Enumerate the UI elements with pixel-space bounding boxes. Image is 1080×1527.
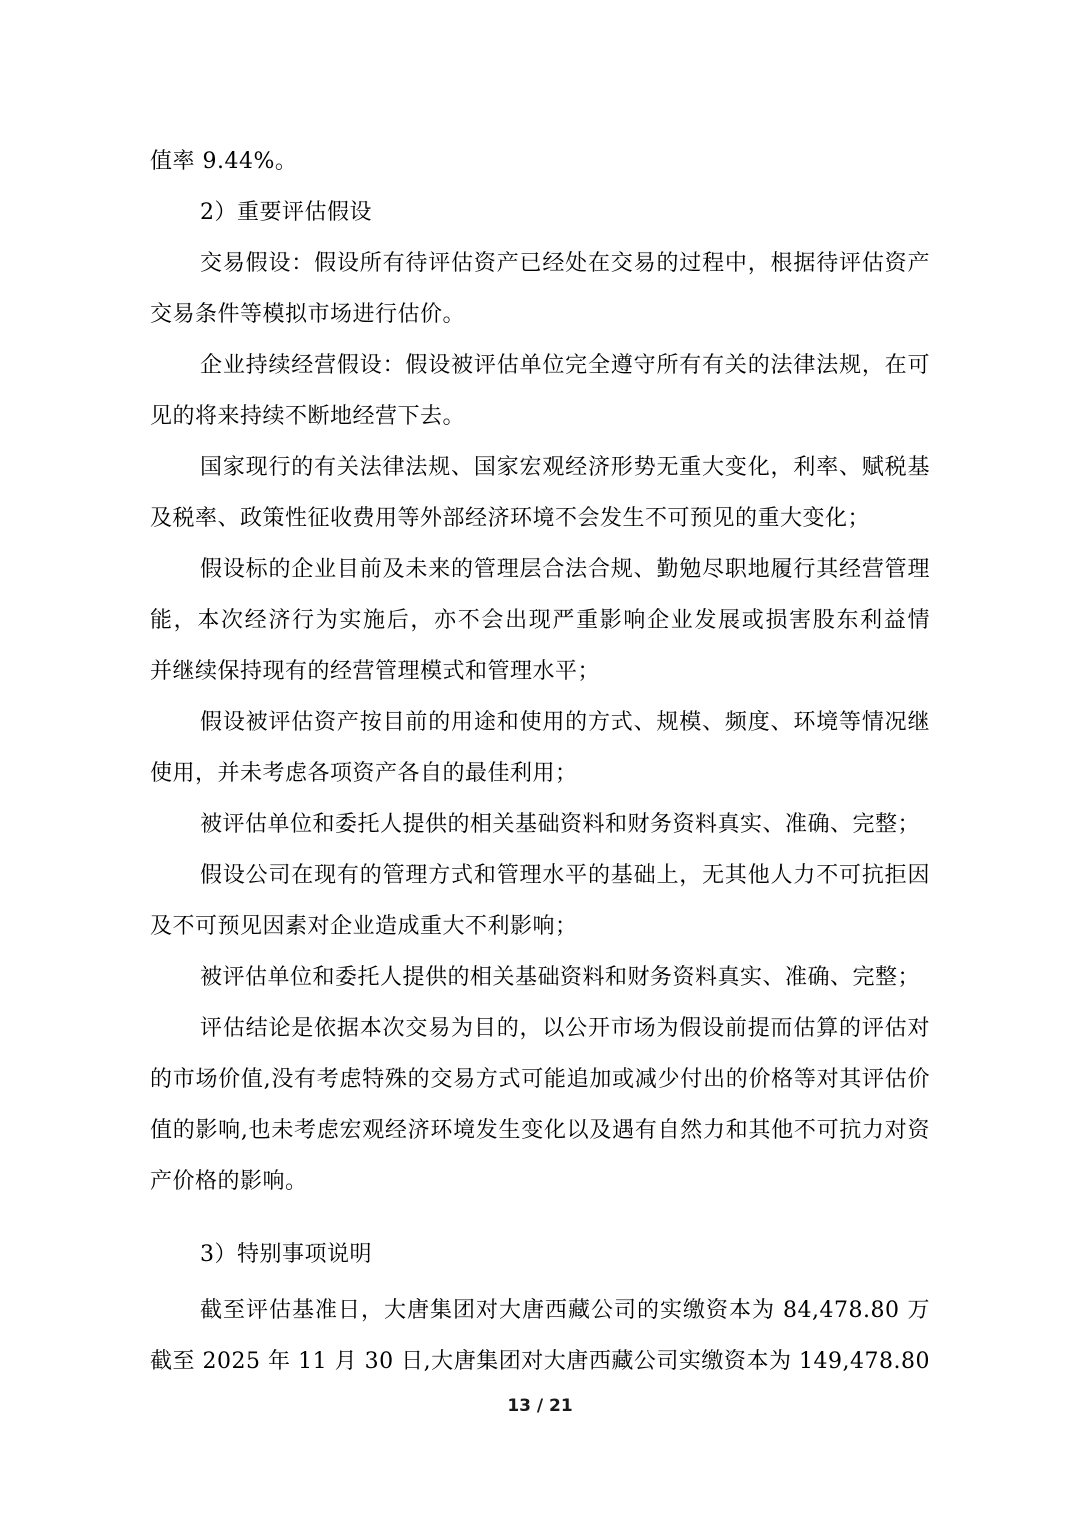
doc-line: 交易条件等模拟市场进行估价。 [150, 289, 930, 340]
document-body: 值率 9.44%。 2）重要评估假设 交易假设：假设所有待评估资产已经处在交易的… [0, 0, 1080, 1387]
section-heading-2: 2）重要评估假设 [150, 187, 930, 238]
doc-line: 假设公司在现有的管理方式和管理水平的基础上，无其他人力不可抗拒因素 [150, 850, 930, 901]
doc-line: 见的将来持续不断地经营下去。 [150, 391, 930, 442]
doc-line: 并继续保持现有的经营管理模式和管理水平； [150, 646, 930, 697]
doc-line: 截至评估基准日，大唐集团对大唐西藏公司的实缴资本为 84,478.80 万元， [150, 1285, 930, 1336]
doc-line: 值率 9.44%。 [150, 136, 930, 187]
doc-line: 国家现行的有关法律法规、国家宏观经济形势无重大变化，利率、赋税基准 [150, 442, 930, 493]
doc-line: 假设标的企业目前及未来的管理层合法合规、勤勉尽职地履行其经营管理职 [150, 544, 930, 595]
doc-line: 评估结论是依据本次交易为目的，以公开市场为假设前提而估算的评估对象 [150, 1003, 930, 1054]
page-number: 13 / 21 [0, 1396, 1080, 1416]
doc-line: 的市场价值,没有考虑特殊的交易方式可能追加或减少付出的价格等对其评估价 [150, 1054, 930, 1105]
doc-line: 能，本次经济行为实施后，亦不会出现严重影响企业发展或损害股东利益情形， [150, 595, 930, 646]
doc-line: 值的影响,也未考虑宏观经济环境发生变化以及遇有自然力和其他不可抗力对资 [150, 1105, 930, 1156]
doc-line: 产价格的影响。 [150, 1156, 930, 1207]
section-heading-3: 3）特别事项说明 [150, 1229, 930, 1280]
doc-line: 使用，并未考虑各项资产各自的最佳利用； [150, 748, 930, 799]
doc-line: 假设被评估资产按目前的用途和使用的方式、规模、频度、环境等情况继续 [150, 697, 930, 748]
doc-line: 及不可预见因素对企业造成重大不利影响； [150, 901, 930, 952]
document-page: 值率 9.44%。 2）重要评估假设 交易假设：假设所有待评估资产已经处在交易的… [0, 0, 1080, 1527]
doc-line: 截至 2025 年 11 月 30 日,大唐集团对大唐西藏公司实缴资本为 149… [150, 1336, 930, 1387]
doc-line: 被评估单位和委托人提供的相关基础资料和财务资料真实、准确、完整； [150, 799, 930, 850]
doc-line: 企业持续经营假设：假设被评估单位完全遵守所有有关的法律法规，在可预 [150, 340, 930, 391]
doc-line: 及税率、政策性征收费用等外部经济环境不会发生不可预见的重大变化； [150, 493, 930, 544]
doc-line: 被评估单位和委托人提供的相关基础资料和财务资料真实、准确、完整； [150, 952, 930, 1003]
doc-line: 交易假设：假设所有待评估资产已经处在交易的过程中，根据待评估资产的 [150, 238, 930, 289]
